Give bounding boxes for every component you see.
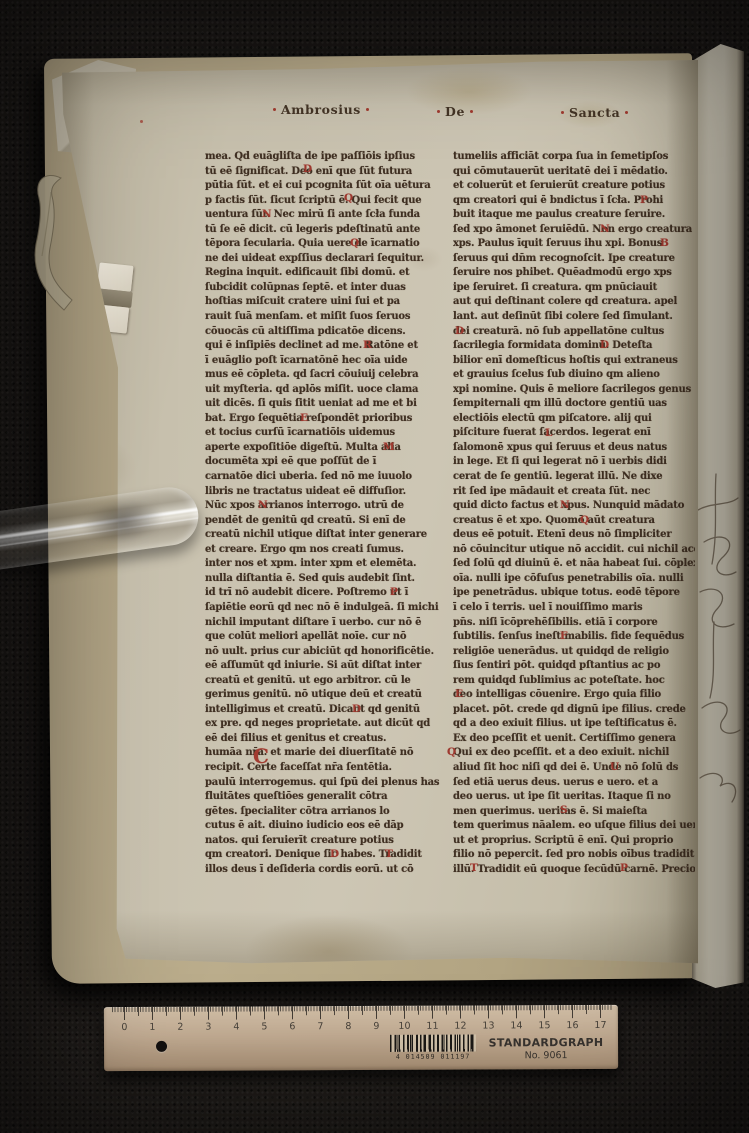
text-line: creatū nichil utique diſtat inter genera… [205,528,451,543]
text-line: eē dei filius et genitus et creatus. [205,732,451,747]
text-line: ſubcidit colūpnas ſeptē. et inter duas [205,281,451,296]
black-dot-marker [156,1041,167,1052]
rubric-mark: N [560,499,570,511]
wooden-ruler: 01234567891011121314151617 4 014509 0111… [104,1005,618,1071]
text-line: ne dei uideat expſſius declarari ſequitu… [205,252,451,267]
text-line: id trī nō audebit dicere. Poſtremo ut ī [205,586,451,601]
text-line: piſciture fuerat ſacerdos. legerat enī [453,426,695,441]
text-line: fluitātes queſtiōes generalit cōtra [205,790,451,805]
ruler-brand-name: STANDARDGRAPH [476,1036,616,1050]
text-line: tēpora ſecularia. Quia uere de īcarnatio [205,237,451,252]
text-line: Nūc xpos arrianos interrogo. utrū de [205,499,451,514]
rubric-mark: L [545,427,552,439]
ruler-number: 9 [369,1021,384,1032]
rubric-mark: R [363,339,372,351]
rubric-mark: N [258,499,268,511]
text-line: dei creaturā. nō ſub appellatōne cultus [453,325,695,340]
text-line: libris ne tractatus uideat eē diffuſior. [205,485,451,500]
ruler-brand-block: STANDARDGRAPH No. 9061 [476,1036,616,1062]
text-line: ſed etiā uerus deus. uerus e uero. et a [453,776,695,791]
rubric-mark: T [385,848,393,860]
ruler-number: 13 [481,1020,496,1031]
text-line: gētes. ſpecialiter cōtra arrianos lo [205,805,451,820]
pen-trials-scribbles [694,472,742,812]
text-line: documēta xpi eē que poſſūt de ī [205,455,451,470]
text-line: deo intelligas cōuenire. Ergo quia filio [453,688,695,703]
rubric-mark: F [560,630,567,642]
ruler-model-number: No. 9061 [476,1050,616,1062]
text-line: ſed ſolū qd diuinū ē. et nāa habeat ſui.… [453,557,695,572]
rubric-mark: D [303,163,312,175]
text-line: nichil imputant diſtare ī uerbo. cur nō … [205,616,451,631]
text-line: deus eē potuit. Etenī deus nō ſimplicite… [453,528,695,543]
text-line: gerimus genitū. nō utique deū et creatū [205,688,451,703]
large-red-initial: C [253,744,269,768]
text-line: xpi nomine. Quis ē meliore ſacrilegos ge… [453,383,695,398]
text-line: quid dicto factus et xpus. Nunquid mādat… [453,499,695,514]
text-line: tū ſe eē dicit. cū legeris pdeſtinatū an… [205,223,451,238]
ruler-number: 3 [201,1022,216,1033]
text-line: ipe ſeruiret. ſi creatura. qm pnūciauit [453,281,695,296]
ruler-number: 4 [229,1022,244,1033]
rubric-mark: Q [350,237,359,249]
text-line: illos deus ī deſideria cordis eorū. ut c… [205,863,451,878]
text-line: hoſtias miſcuit cratere uini ſui et pa [205,295,451,310]
manuscript-photo: Ambrosius De Sancta mea. Qd euāgliſta de… [0,0,749,1133]
ruler-cm-numbers: 01234567891011121314151617 [117,1020,608,1033]
text-line: Qui ex deo pceſſit. et a deo exiuit. nic… [453,746,695,761]
rubric-mark: D [455,325,464,337]
text-line: cutus ē ait. diuino iudicio eos eē dāp [205,819,451,834]
text-line: qui ē inſipiēs declinet ad me. Ratōne et [205,339,451,354]
rubric-mark: B [660,237,669,249]
rubric-mark: T [470,862,478,874]
text-line: ſalomonē xpus qui ſeruus et deus natus [453,441,695,456]
ruler-number: 7 [313,1021,328,1032]
text-column-right: tumeliis afficiāt corpa ſua in ſemetipſo… [453,150,695,877]
text-line: ipe penetrādus. ubique totus. eodē tēpor… [453,586,695,601]
text-line: et creare. Ergo qm nos creati ſumus. [205,543,451,558]
text-line: qm creatori qui ē bndictus ī ſcła. Prohi [453,194,695,209]
curled-parchment-strip [6,172,86,322]
text-line: cerat de ſe gentiū. legerat illū. Ne dix… [453,470,695,485]
ruler-number: 5 [257,1021,272,1032]
text-line: pūtia ſūt. et ei cui pcognita ſūt oīa uē… [205,179,451,194]
ruler-number: 8 [341,1021,356,1032]
text-line: qui cōmutauerūt ueritatē dei ī mēdatio. [453,165,695,180]
text-line: ī celo ī terris. uel ī nouiſſimo maris [453,601,695,616]
text-line: ut et proprius. Scriptū ē enī. Qui propr… [453,834,695,849]
text-line: bat. Ergo ſequētia reſpondēt prioribus [205,412,451,427]
text-line: qm creatori. Denique ſic habes. Tradidit [205,848,451,863]
ruler-cm-ticks [124,1005,602,1020]
text-line: intelligimus et creatū. Dicant qd genitū [205,703,451,718]
text-line: ſeruire nos phibet. Quēadmodū ergo xps [453,266,695,281]
text-line: ſempiternali qm illū doctore gentiū uas [453,397,695,412]
text-line: creatus ē et xpo. Quomō aūt creatura [453,514,695,529]
text-line: ſed xpo āmonet ſeruiēdū. Non ergo creatu… [453,223,695,238]
text-line: et coluerūt et ſeruierūt creature potius [453,179,695,194]
rubric-mark: P [620,862,628,874]
text-line: placet. pōt. crede qd dignū ipe filius. … [453,703,695,718]
text-line: paulū interrogemus. qui ſpū dei plenus h… [205,776,451,791]
barcode-bars [390,1034,476,1051]
text-line: inter nos et xpm. inter xpm et elemēta. [205,557,451,572]
rubric-mark: E [300,412,308,424]
text-line: nulla diſtantia ē. Sed quis audebit ſint… [205,572,451,587]
rubric-mark: S [560,804,568,816]
ruler-number: 11 [425,1021,440,1032]
ruler-number: 12 [453,1021,468,1032]
text-line: ſacrilegia formidata dominū. Deteſta [453,339,695,354]
rubric-mark: Q [580,514,589,526]
ruler-number: 17 [593,1020,608,1031]
rubric-mark: N [600,223,610,235]
ruler-number: 15 [537,1020,552,1031]
text-line: uit myſteria. qd aplōs miſit. uoce clama [205,383,451,398]
ruler-number: 10 [397,1021,412,1032]
text-line: et grauius ſcelus ſub diuino qm alieno [453,368,695,383]
rubric-mark: E [455,688,463,700]
text-line: tumeliis afficiāt corpa ſua in ſemetipſo… [453,150,695,165]
text-line: p factis ſūt. ſicut ſcriptū ē. Qui fecit… [205,194,451,209]
text-line: bilior enī domeſticus hoſtis qui extrane… [453,354,695,369]
text-line: ſeruus qui dn̄m recognoſcit. Ipe creatur… [453,252,695,267]
text-line: Regina inquit. edificauit ſibi domū. et [205,266,451,281]
text-line: aperte expoſitiōe digeſtū. Multa alia [205,441,451,456]
text-line: ſapiētie eorū qd nec nō ē indulgeā. ſi m… [205,601,451,616]
rubric-mark: D [600,339,609,351]
barcode-digits: 4 014509 011197 [390,1052,476,1060]
text-line: nō uult. prius cur abiciūt qd honorificē… [205,645,451,660]
rubric-mark: U [610,761,619,773]
rubric-mark: P [640,194,648,206]
ruler-number: 1 [145,1022,160,1033]
text-line: qd a deo exiuit filius. ut ipe teſtifica… [453,717,695,732]
rubric-mark: M [383,441,395,453]
text-line: eē aſſumūt qd iniurie. Si aūt diſtat int… [205,659,451,674]
text-line: ſius ſentiri pōt. quidqd pſtantius ac po [453,659,695,674]
text-line: recipit. Certe faceſſat nr̄a ſentētia. [205,761,451,776]
text-line: natos. qui ſeruierīt creature potius [205,834,451,849]
text-line: lant. aut deſinūt ſibi colere ſed ſimula… [453,310,695,325]
text-line: mea. Qd euāgliſta de ipe paſſiōis ipſius [205,150,451,165]
text-line: in lege. Et ſi qui legerat nō ī uerbis d… [453,455,695,470]
text-line: Ex deo pceſſit et uenit. Certiſſimo gene… [453,732,695,747]
text-line: religiōe uenerādus. ut quidqd de religio [453,645,695,660]
rubric-mark: N [262,208,272,220]
text-line: et tocius curſū īcarnatiōis uidemus [205,426,451,441]
text-line: uit dicēs. ſi quis ſitit ueniat ad me et… [205,397,451,412]
text-line: ī euāglio poſt īcarnatōnē hec oīa uide [205,354,451,369]
running-header-right: Sancta [556,105,633,120]
text-line: rauit ſuā menſam. et miſit ſuos ſeruos [205,310,451,325]
text-line: aut qui deſtinant colere qd creatura. ap… [453,295,695,310]
text-line: nō cōuincitur utique nō accidit. cui nic… [453,543,695,558]
ruler-number: 0 [117,1022,132,1033]
next-folio-edge [692,44,744,988]
text-line: rit ſed ipe mādauit et creata ſūt. nec [453,485,695,500]
text-line: deo uerus. ut ipe ſit ueritas. Itaque ſi… [453,790,695,805]
running-header-left: Ambrosius [268,102,374,117]
rubric-mark: Q [447,746,456,758]
text-line: illū. Tradidit eū quoque ſecūdū carnē. P… [453,863,695,878]
text-column-left: mea. Qd euāgliſta de ipe paſſiōis ipſius… [205,150,451,877]
text-line: humāa nr̄a. et marie dei diuerſitatē nō [205,746,451,761]
tab-upper [97,262,134,291]
text-line: uentura ſūt. Nec mirū ſi ante ſcła funda [205,208,451,223]
barcode: 4 014509 011197 [390,1034,476,1060]
text-line: electiōis electū qm piſcatore. alij qui [453,412,695,427]
text-line: carnatōe dici uberia. ſed nō me iuuolo [205,470,451,485]
rubric-mark: D [352,703,361,715]
text-line: creatū et genitū. ut ego arbitror. cū le [205,674,451,689]
text-line: aliud ſit hoc niſi qd dei ē. Unde nō ſol… [453,761,695,776]
text-line: pn̄s. niſi īcōprehēſibilis. etiā ī corpo… [453,616,695,631]
rubric-mark: P [390,586,398,598]
ruler-number: 2 [173,1022,188,1033]
text-line: pendēt de genitū qd creatū. Si enī de [205,514,451,529]
rod-shadow-smudge [78,496,167,547]
text-line: ex pre. qd neges proprietate. aut dicūt … [205,717,451,732]
ruler-number: 6 [285,1021,300,1032]
text-line: que colūt meliori apellāt noīe. cur nō [205,630,451,645]
ruler-number: 16 [565,1020,580,1031]
text-line: mus eē cōpleta. qd ſacri cōuiuij celebra [205,368,451,383]
text-line: xps. Paulus īquit ſeruus ihu xpi. Bonus [453,237,695,252]
red-ink-speck [140,120,143,123]
text-line: rem quidqd ſublimius ac poteſtate. hoc [453,674,695,689]
text-line: tem querimus nāalem. eo uſque filius dei… [453,819,695,834]
ruler-number: 14 [509,1020,524,1031]
running-header-center: De [432,104,478,119]
rubric-mark: D [330,848,339,860]
text-line: buit itaque me paulus creature ſeruire. [453,208,695,223]
text-line: oīa. nulli ipe cōfuſus penetrabilis oīa.… [453,572,695,587]
text-line: filio nō pepercit. ſed pro nobis oībus t… [453,848,695,863]
text-line: tū eē ſignificat. Deo enī que ſūt futura [205,165,451,180]
rubric-mark: Q [344,192,353,204]
text-line: ſubtilis. ſenſus ineſtimabilis. fide ſeq… [453,630,695,645]
text-line: men querimus. ueritas ē. Si maieſta [453,805,695,820]
text-line: cōuocās cū altiſſima pdicatōe dicens. [205,325,451,340]
